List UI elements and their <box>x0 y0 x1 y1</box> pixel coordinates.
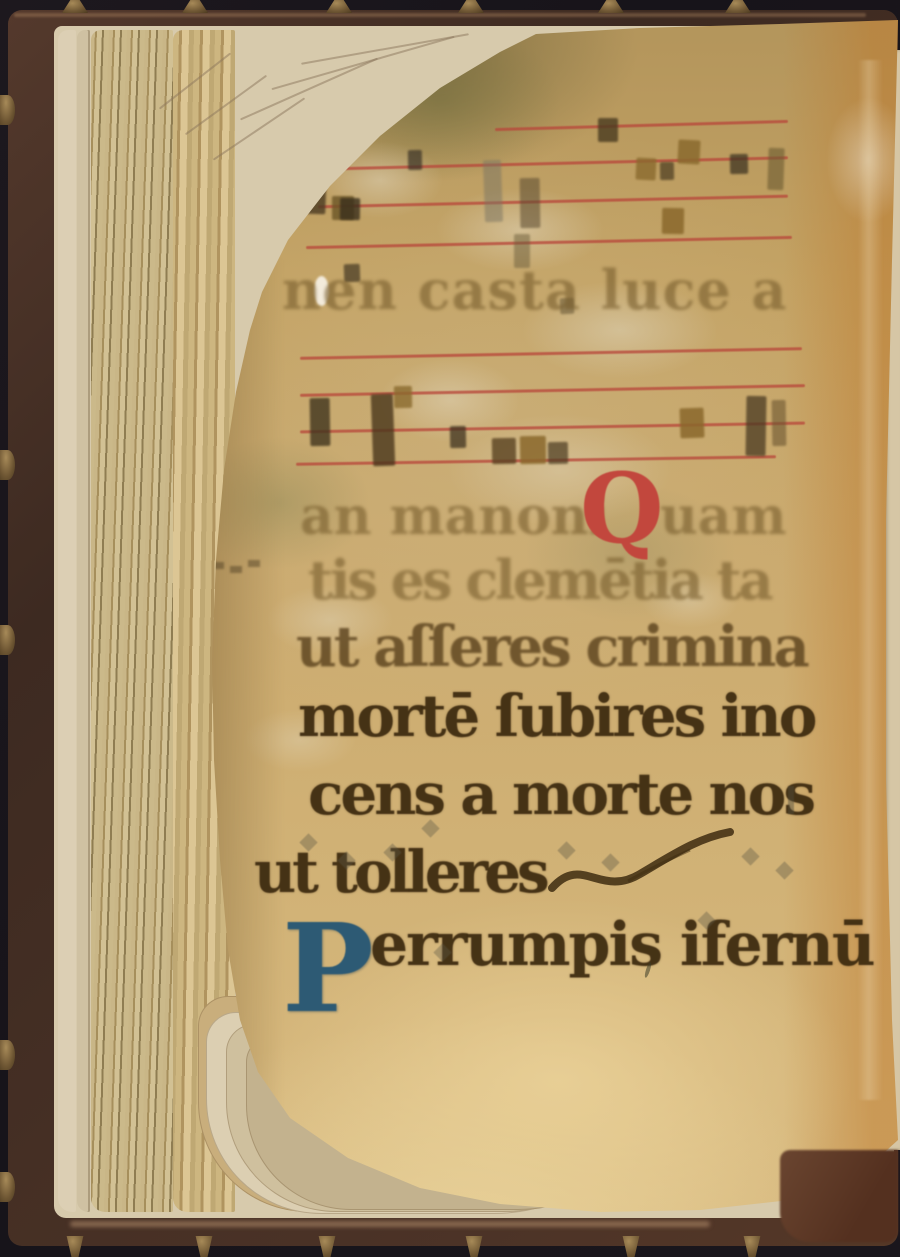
stand-peg <box>182 0 208 13</box>
neume <box>483 160 503 223</box>
neume <box>408 150 422 170</box>
stand-peg <box>0 95 15 125</box>
show-through-mark <box>788 786 794 814</box>
text-line-clementia: tis es clemētia ta <box>308 548 771 612</box>
neume <box>371 394 395 467</box>
stand-peg <box>458 0 484 13</box>
stand-peg <box>0 625 15 655</box>
neume <box>662 208 684 234</box>
initial-p: P <box>282 896 374 1040</box>
stand-peg <box>0 1172 15 1202</box>
neume <box>492 438 516 464</box>
staff-line <box>300 347 802 360</box>
staff-line <box>318 195 788 209</box>
text-after-initial-q: uam <box>660 486 787 547</box>
neume <box>635 157 656 180</box>
pen-flourish <box>548 826 738 912</box>
page-edge-streaks <box>91 30 173 1212</box>
staff-line <box>318 156 788 170</box>
staff-line <box>306 236 792 249</box>
stand-peg <box>0 450 15 480</box>
neume <box>450 426 466 448</box>
stand-peg <box>0 1040 15 1070</box>
stand-peg <box>725 0 751 13</box>
neume <box>548 442 568 464</box>
neume <box>520 436 546 464</box>
text-line-mortem: mortē ſubires ino <box>298 682 814 750</box>
text-before-initial-q: an manoni <box>300 486 608 547</box>
neume <box>772 400 787 446</box>
stand-peg <box>326 0 352 13</box>
page-edge-strip <box>58 30 76 1212</box>
text-line-cens: cens a morte nos <box>308 760 813 828</box>
text-line-perrumpis: errumpis ifernū <box>370 910 874 980</box>
leather-highlight-bottom <box>70 1221 710 1227</box>
show-through-mark <box>741 847 759 865</box>
neume <box>767 148 784 191</box>
neume <box>730 154 748 174</box>
staff-line <box>495 120 788 131</box>
margin-smudge <box>248 560 260 567</box>
neume <box>660 162 674 180</box>
neume <box>394 386 412 408</box>
text-line-crimina: ut aſſeres crimina <box>296 614 807 680</box>
neume <box>598 118 618 142</box>
neume <box>520 178 541 228</box>
neume <box>340 198 360 220</box>
stand-peg <box>598 0 624 13</box>
chant-text-faded: nen casta luce a <box>282 258 787 322</box>
neume <box>745 396 766 456</box>
neume <box>677 139 700 164</box>
leather-corner-fold <box>780 1150 898 1242</box>
stand-peg <box>62 0 88 13</box>
neume <box>679 408 704 439</box>
neume <box>310 398 331 446</box>
page-edge-strip <box>77 30 90 1212</box>
manuscript-photo: nen casta luce a an manoni Q uam tis es … <box>0 0 900 1257</box>
margin-smudge <box>230 566 242 573</box>
leather-highlight-top <box>14 13 866 17</box>
show-through-mark <box>775 861 793 879</box>
